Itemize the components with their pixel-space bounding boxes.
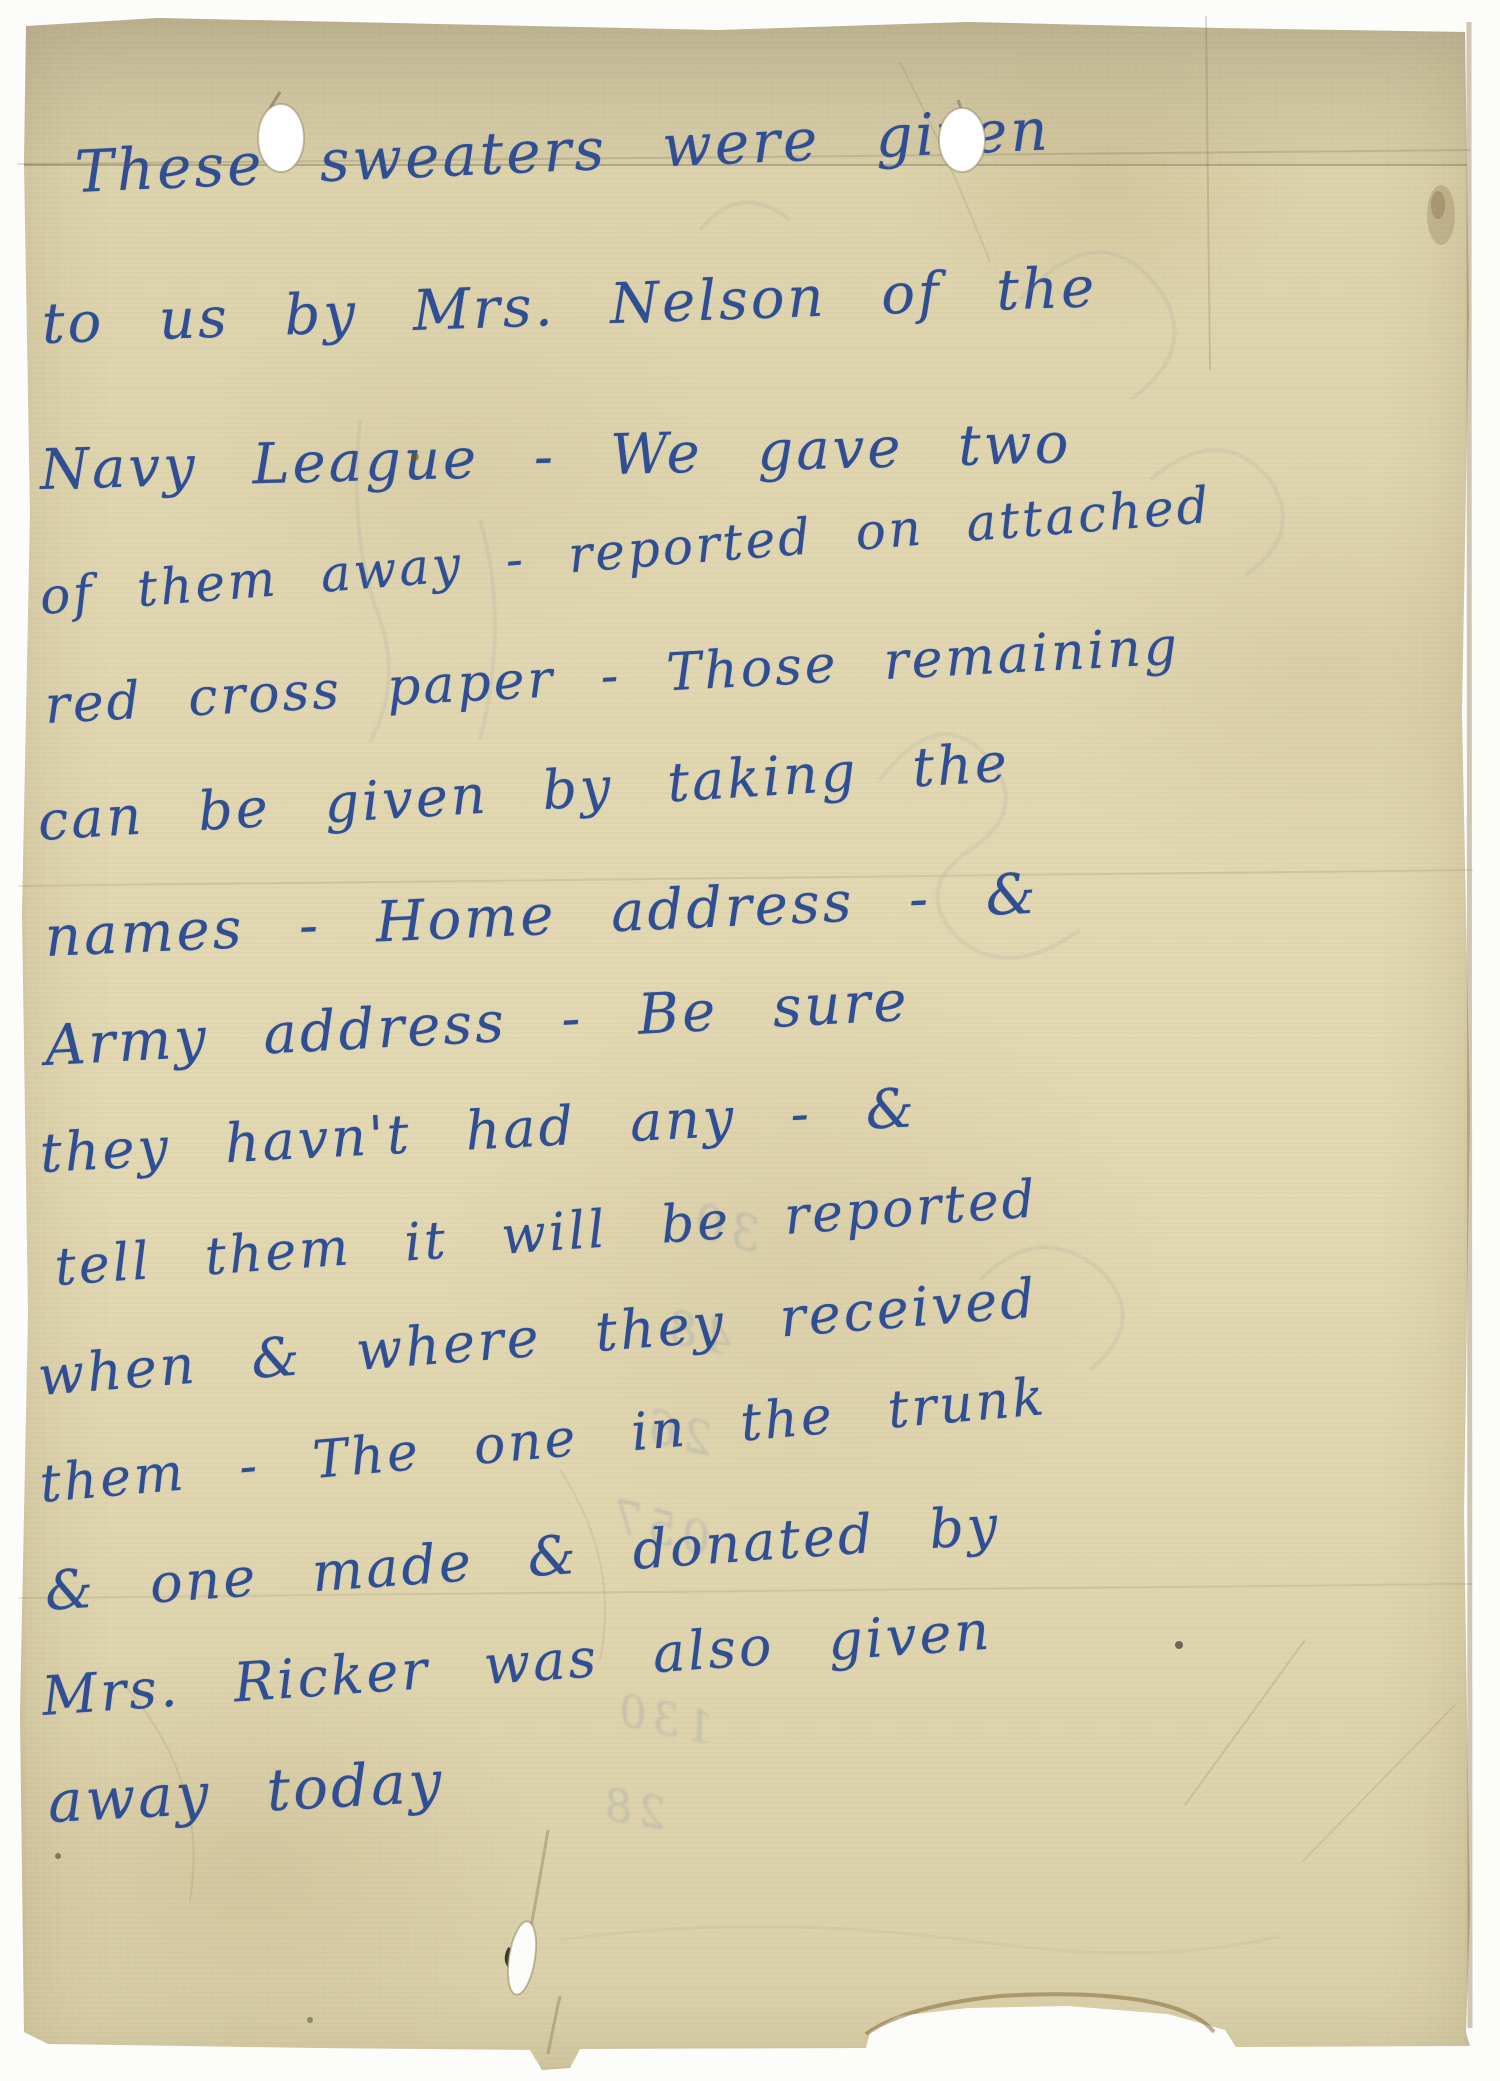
scan-background: { "document": { "kind": "handwritten-let… (0, 0, 1500, 2081)
